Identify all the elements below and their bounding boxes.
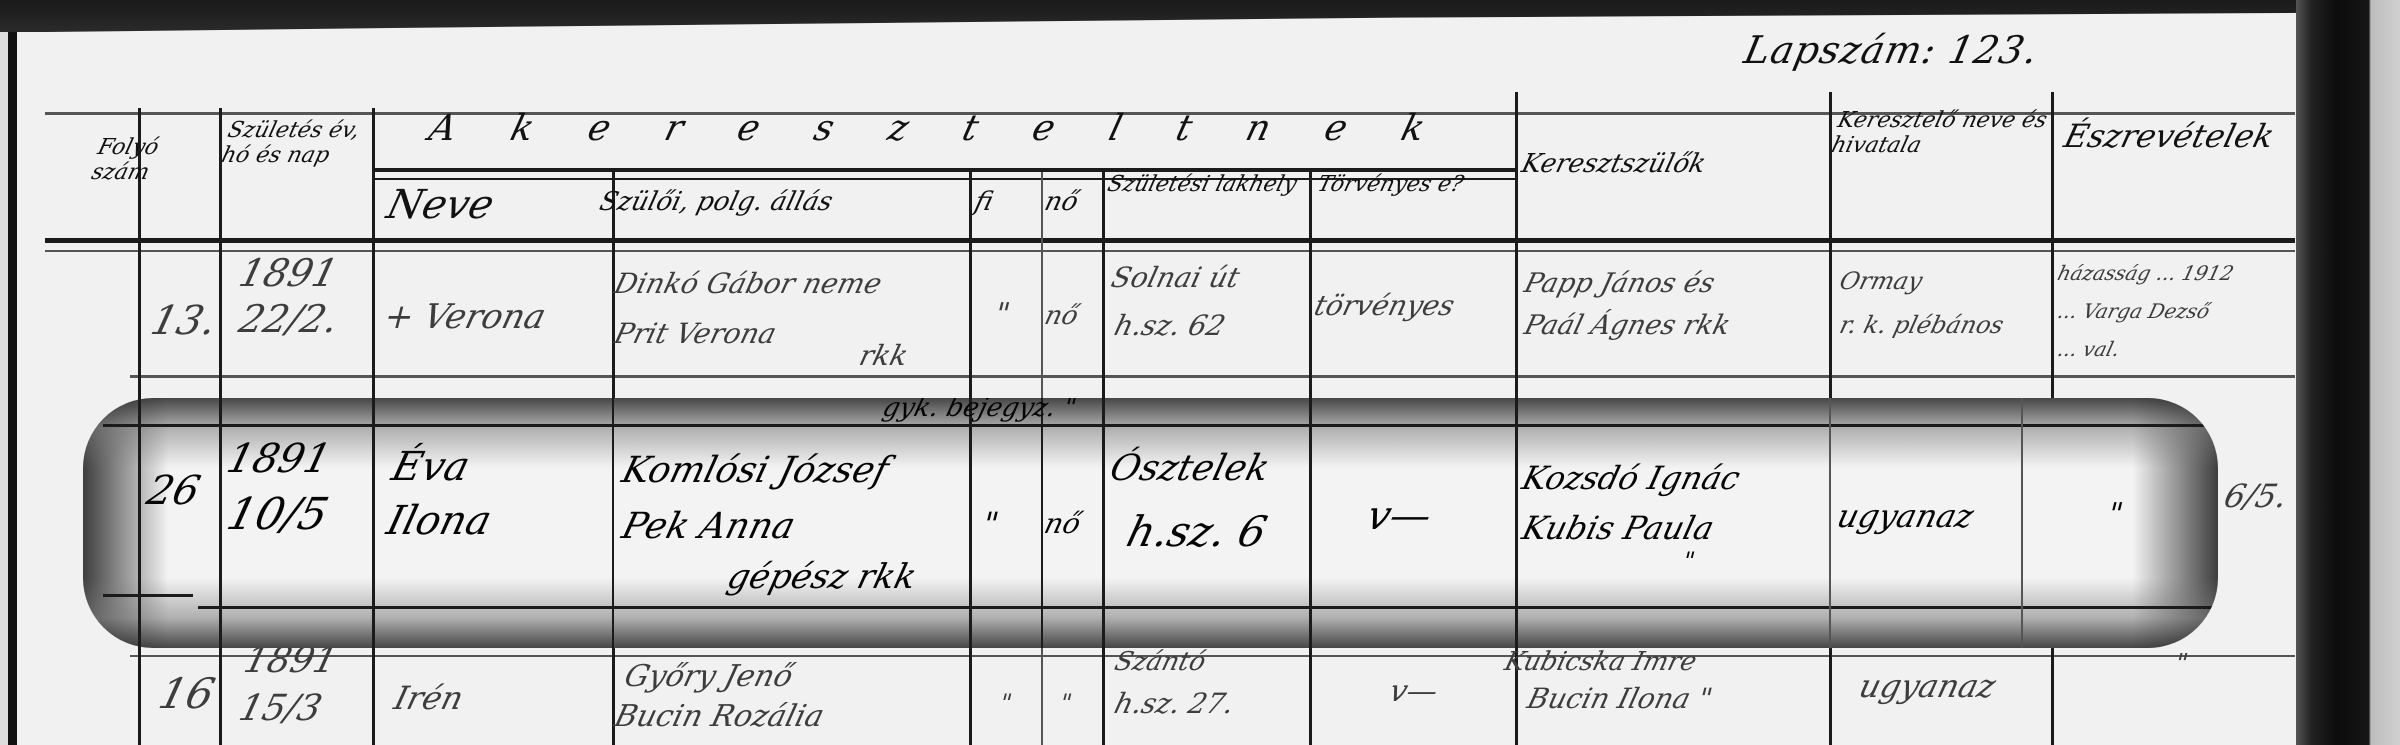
row-fi: " (991, 298, 1013, 333)
row-kereszt-nev: Ormay (1837, 268, 1926, 296)
row-no: nő (1041, 302, 1081, 332)
row-ev: 1891 (222, 436, 335, 482)
row-fi: " (997, 690, 1015, 718)
row-eszrevetel: " (2104, 498, 2126, 533)
row-ho-nap: 15/3 (235, 688, 326, 729)
band-rule-bottom (103, 594, 193, 597)
col-divider (1515, 398, 1518, 648)
band-rule-top (103, 424, 2218, 427)
row-keresztszulok: Kozsdó Ignác (1518, 460, 1743, 497)
col-divider (138, 398, 141, 648)
header-szulok: Szülői, polg. állás (596, 188, 835, 218)
row-no: " (1057, 690, 1075, 718)
row-nev: + Verona (380, 298, 549, 337)
row-keresztszulok: Paál Ágnes rkk (1521, 310, 1733, 341)
header-folyo-szam: Folyó szám (89, 135, 147, 186)
col-divider (1041, 398, 1043, 648)
header-group-title: A k e r e s z t e l t n e k (425, 108, 1451, 149)
row-lakhely: Solnai út (1108, 262, 1243, 294)
header-lakhely: Születési lakhely (1105, 172, 1306, 197)
row-lakhely: h.sz. 27. (1111, 688, 1237, 720)
col-divider (2021, 398, 2023, 648)
col-divider (372, 398, 375, 648)
header-eszrevetelek: Észrevételek (2060, 118, 2269, 155)
col-divider (1309, 398, 1312, 648)
header-keresztszulok: Keresztszülők (1518, 150, 1708, 180)
row-keresztszulok: Kubis Paula (1518, 510, 1717, 547)
highlighted-row-band[interactable]: gyk. bejegyz. " 26 1891 10/5 Éva Ilona K… (83, 398, 2218, 648)
rule-header-bottom-2 (45, 250, 2295, 252)
row-keresztszulok: " (1680, 548, 1698, 576)
margin-note: 6/5. (2220, 478, 2291, 515)
row-lakhely: Szántó (1111, 648, 1208, 678)
header-szuletes: Születés év, hó és nap (219, 118, 372, 169)
page-number: Lapszám: 123. (1740, 28, 2042, 72)
row-keresztszulok: Bucin Ilona " (1524, 683, 1716, 715)
register-scan: Lapszám: 123. Folyó szám Születés év, hó… (0, 0, 2400, 745)
page-left-edge (8, 20, 17, 745)
row-kereszt-nev: ugyanaz (1855, 668, 1999, 705)
col-divider (1829, 398, 1831, 648)
row-folyo-szam: 26 (142, 468, 204, 514)
rule-row1 (130, 375, 2295, 378)
band-rule-bottom (198, 606, 2218, 609)
row-eszrevetel: ... val. (2055, 338, 2122, 361)
col-divider (612, 398, 614, 648)
rule-row2 (130, 655, 2295, 657)
row-nev: Irén (390, 680, 467, 717)
row-nev: Ilona (382, 498, 496, 544)
row-eszrevetel: ... Varga Dezső (2055, 300, 2212, 323)
row-keresztszulok: Papp János és (1521, 268, 1718, 299)
row-keresztszulok: Kubicska Imre (1501, 648, 1699, 678)
row-szulok: Prit Verona (611, 318, 780, 350)
row-ev: 1891 (235, 252, 343, 296)
row-eszrevetel: házasság ... 1912 (2055, 262, 2236, 285)
rule-header-bottom (45, 238, 2295, 243)
col-divider (219, 398, 222, 648)
row-szulok: Komlósi József (618, 450, 893, 491)
row-szulok: Bucin Rozália (611, 700, 828, 735)
row-szulok: Dinkó Gábor neme (611, 268, 885, 300)
row-fi: " (978, 506, 1002, 543)
header-no: nő (1041, 188, 1081, 218)
left-margin (0, 20, 8, 745)
row-nev: Éva (387, 444, 474, 490)
header-kereszt-nev: Keresztelő neve és hivatala (1829, 108, 2052, 159)
col-divider (969, 398, 972, 648)
row-szulok: Győry Jenő (621, 660, 797, 695)
book-spine (2296, 0, 2400, 745)
row-ho-nap: 22/2. (235, 298, 343, 342)
header-nev: Neve (382, 182, 498, 228)
row-kereszt-nev: r. k. plébános (1837, 312, 2007, 340)
row-szulok: gépész rkk (723, 558, 920, 597)
row-lakhely: Ósztelek (1106, 448, 1274, 489)
row-folyo-szam: 16 (154, 670, 219, 718)
row-torvenyes: v— (1386, 675, 1442, 710)
row-kereszt-nev: ugyanaz (1833, 498, 1977, 535)
row-torvenyes: törvényes (1311, 290, 1458, 322)
row-above-note: gyk. bejegyz. " (879, 398, 1079, 424)
row-no: nő (1041, 508, 1084, 540)
row-ho-nap: 10/5 (222, 490, 333, 541)
row-folyo-szam: 13. (146, 298, 221, 344)
row-szulok: rkk (856, 340, 911, 372)
header-fi: fi (971, 188, 996, 218)
row-szulok: Pek Anna (618, 506, 799, 547)
row-lakhely: h.sz. 6 (1122, 508, 1272, 556)
row-torvenyes: v— (1362, 493, 1436, 539)
col-divider (1102, 398, 1105, 648)
header-torvenyes: Törvényes e? (1315, 172, 1511, 197)
row-lakhely: h.sz. 62 (1111, 310, 1229, 342)
